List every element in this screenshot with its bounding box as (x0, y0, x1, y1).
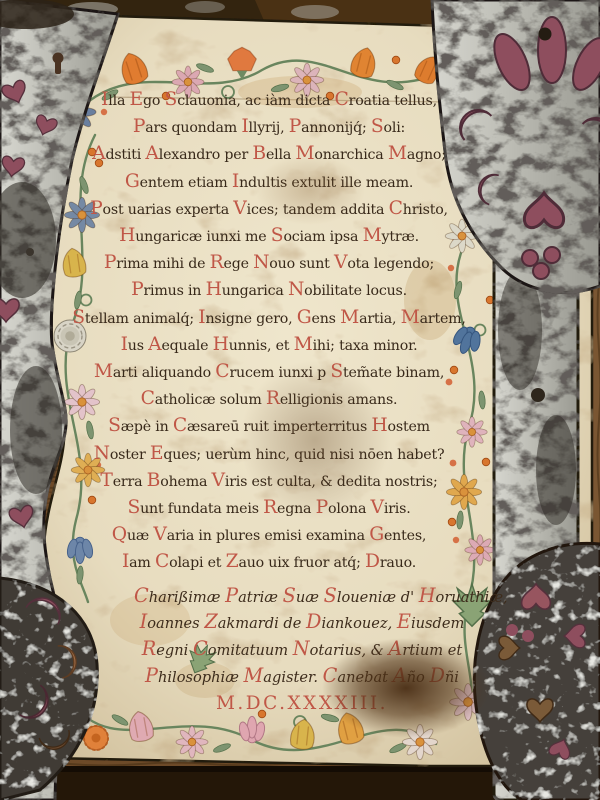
verse-line: Pars quondam Illyrij, Pannonijq́; Soli: (68, 115, 470, 142)
page-text: Illa Ego Sclauonia, ac iàm dicta Croatia… (68, 88, 470, 714)
colophon-line: Regni Comitatuum Notarius, & Artium et (134, 638, 470, 665)
verse-line: Illa Ego Sclauonia, ac iàm dicta Croatia… (68, 88, 470, 115)
rivet (531, 388, 545, 402)
date-roman: M.DC.XXXXIII. (68, 693, 470, 714)
verse-line: Primus in Hungarica Nobilitate locus. (68, 278, 470, 305)
dandelion-flower (84, 726, 108, 750)
verse-line: Stellam animalq́; Insigne gero, Gens Mar… (68, 306, 470, 333)
verse-line: Noster Eques; uerùm hinc, quid nisi nōen… (68, 442, 470, 469)
verse-line: Terra Bohema Viris est culta, & dedita n… (68, 469, 470, 496)
verse-line: Sæpè in Cæsareū ruit imperterritus Hoste… (68, 414, 470, 441)
poem: Illa Ego Sclauonia, ac iàm dicta Croatia… (68, 88, 470, 578)
rivet (26, 248, 34, 256)
verse-line: Hungaricæ iunxi me Sociam ipsa Mytræ. (68, 224, 470, 251)
scene: Illa Ego Sclauonia, ac iàm dicta Croatia… (0, 0, 600, 800)
verse-line: Iam Colapi et Zauo uix fruor atq́; Drauo… (68, 550, 470, 577)
verse-line: Adstiti Alexandro per Bella Monarchica M… (68, 142, 470, 169)
rivet (539, 28, 552, 41)
verse-line: Sunt fundata meis Regna Polona Viris. (68, 496, 470, 523)
verse-line: Quæ Varia in plures emisi examina Gentes… (68, 523, 470, 550)
verse-line: Marti aliquando Crucem iunxi p Stem̃ate … (68, 360, 470, 387)
verse-line: Gentem etiam Indultis extulit ille meam. (68, 170, 470, 197)
colophon-line: Charißimæ Patriæ Suæ Sloueniæ d' Horuath… (134, 585, 470, 612)
verse-line: Prima mihi de Rege Nouo sunt Vota legend… (68, 251, 470, 278)
colophon: Charißimæ Patriæ Suæ Sloueniæ d' Horuath… (68, 585, 470, 692)
verse-line: Ius Aequale Hunnis, et Mihi; taxa minor. (68, 333, 470, 360)
colophon-line: Philosophiæ Magister. Canebat Año Dñi (134, 665, 470, 692)
verse-line: Catholicæ solum Relligionis amans. (68, 387, 470, 414)
colophon-line: Ioannes Zakmardi de Diankouez, Eiusdem (134, 611, 470, 638)
verse-line: Post uarias experta Vices; tandem addita… (68, 197, 470, 224)
